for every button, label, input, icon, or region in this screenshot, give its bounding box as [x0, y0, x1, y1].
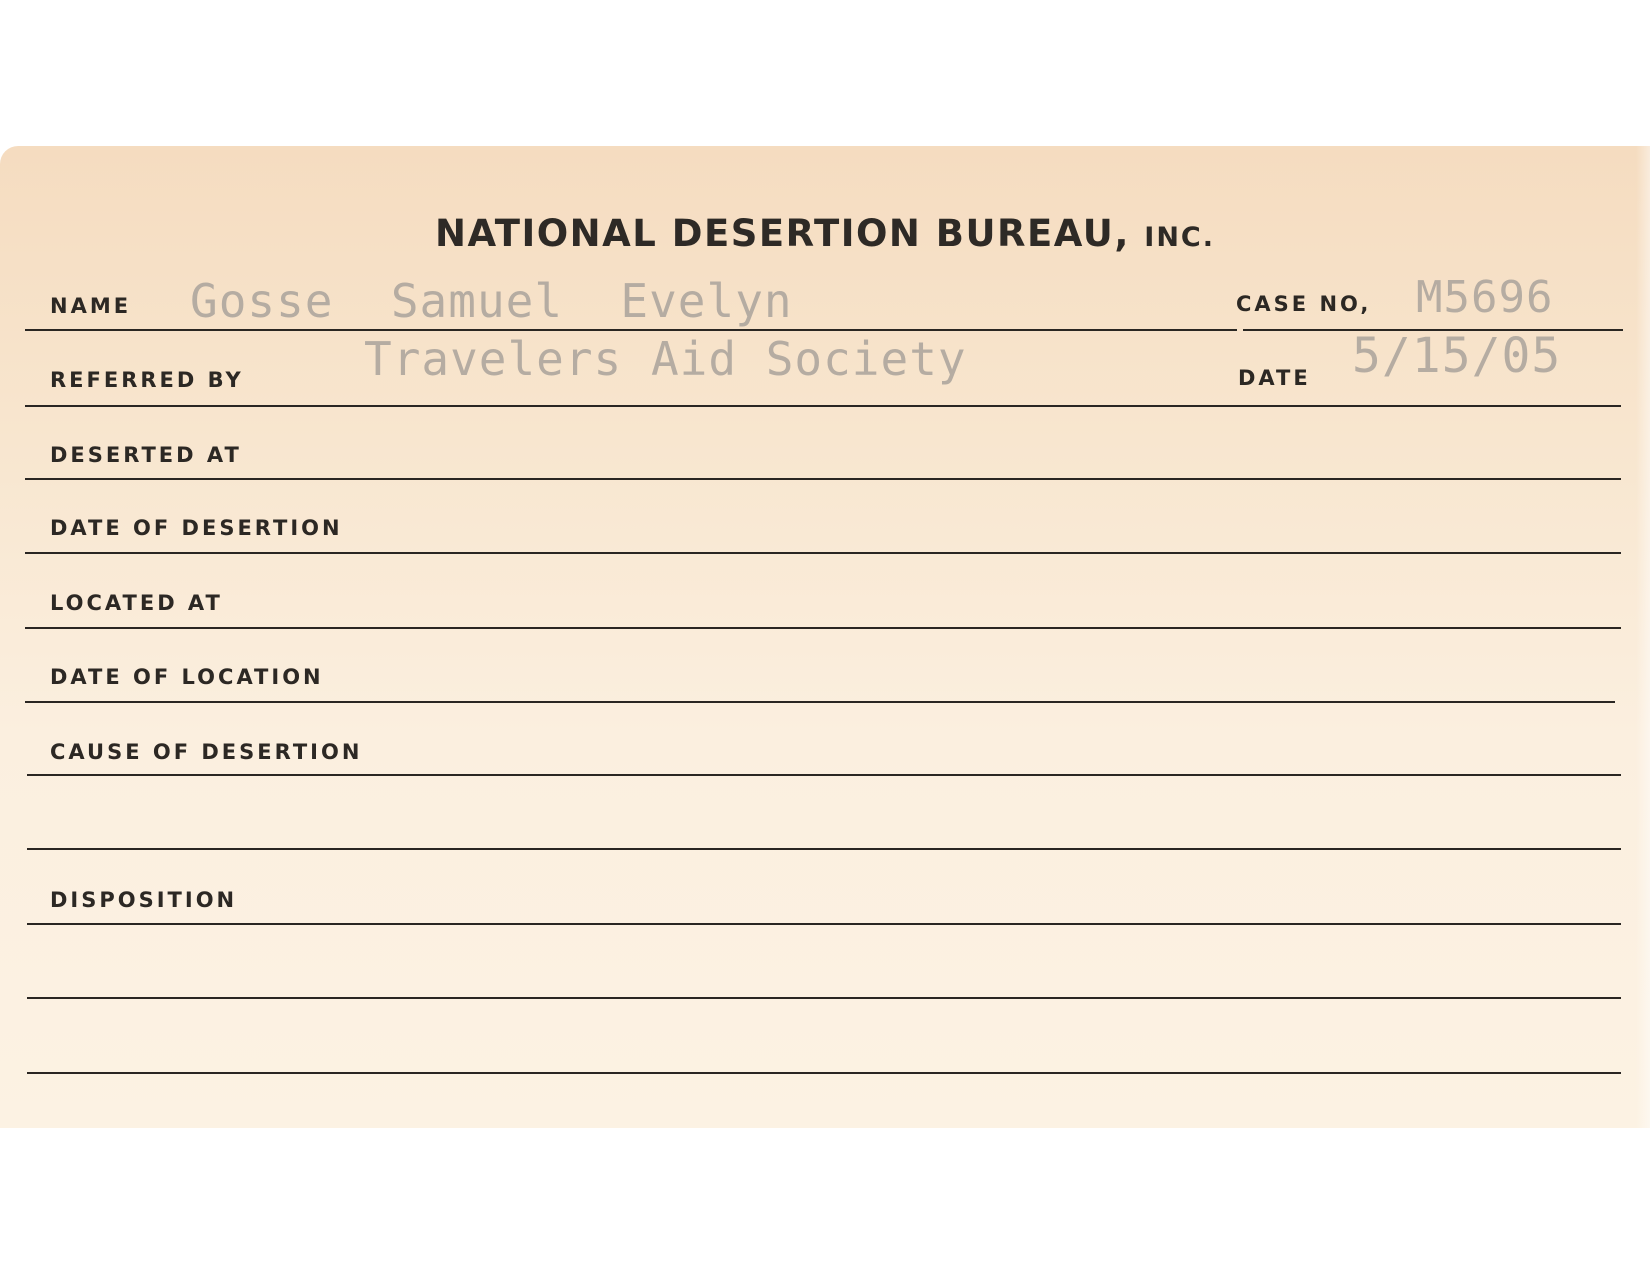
- name-label: NAME: [50, 294, 131, 318]
- referred-by-label: REFERRED BY: [50, 368, 244, 392]
- card-title-suffix: INC.: [1144, 222, 1215, 253]
- name-underline: [25, 329, 1237, 331]
- disposition-line-3: [27, 1072, 1621, 1074]
- cause-of-desertion-underline: [27, 774, 1621, 776]
- date-of-location-underline: [25, 701, 1615, 703]
- located-at-underline: [25, 627, 1621, 629]
- card-title-main: NATIONAL DESERTION BUREAU,: [435, 212, 1130, 255]
- name-value: Gosse Samuel Evelyn: [190, 274, 793, 328]
- date-value: 5/15/05: [1352, 328, 1561, 384]
- disposition-underline: [27, 923, 1621, 925]
- case-no-value: M5696: [1416, 272, 1553, 323]
- cause-of-desertion-label: CAUSE OF DESERTION: [50, 740, 362, 764]
- case-no-label: CASE NO,: [1236, 292, 1371, 316]
- located-at-label: LOCATED AT: [50, 591, 223, 615]
- date-of-desertion-label: DATE OF DESERTION: [50, 516, 343, 540]
- disposition-line-2: [27, 997, 1621, 999]
- disposition-label: DISPOSITION: [50, 888, 237, 912]
- referred-by-underline: [25, 405, 1621, 407]
- referred-by-value: Travelers Aid Society: [364, 332, 967, 386]
- date-of-desertion-underline: [25, 552, 1621, 554]
- date-label: DATE: [1238, 366, 1311, 390]
- index-card: NATIONAL DESERTION BUREAU, INC. NAME Gos…: [0, 146, 1650, 1128]
- cause-of-desertion-line-2: [27, 848, 1621, 850]
- deserted-at-label: DESERTED AT: [50, 443, 242, 467]
- date-of-location-label: DATE OF LOCATION: [50, 665, 324, 689]
- deserted-at-underline: [25, 478, 1621, 480]
- card-title: NATIONAL DESERTION BUREAU, INC.: [0, 212, 1650, 255]
